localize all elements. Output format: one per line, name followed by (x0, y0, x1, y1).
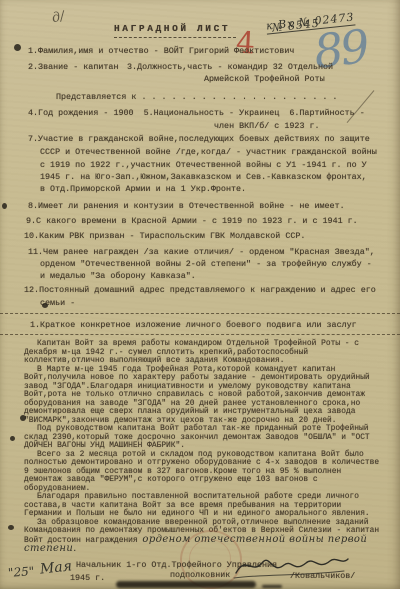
field-prior-awards-2: орденом "Отечественной войны 2-ой степен… (40, 259, 372, 269)
citation-paragraph: В Марте м-це 1945 года Трофейная Рота,ко… (24, 366, 382, 426)
field-name: 1.Фамилия,имя и отчество - ВОЙТ Григорий… (28, 46, 294, 56)
document-title: НАГРАДНОЙ ЛИСТ (114, 24, 230, 34)
field-birth-nationality-party: 4.Год рождения - 1900 5.Национальность -… (28, 108, 365, 118)
field-wounds: 8.Имеет ли ранения и контузии в Отечеств… (28, 201, 345, 211)
handwritten-day: "25" (8, 564, 35, 580)
field-position-cont: Армейской Трофейной Роты (204, 74, 325, 84)
typed-year: 1945 г. (70, 573, 105, 583)
scan-edge-smudge (262, 585, 282, 588)
margin-blot (8, 525, 14, 530)
citation-paragraph: Капитан Войт за время работы командиром … (24, 340, 382, 366)
margin-blot (2, 203, 7, 209)
field-presented-for: Представляется к . . . . . . . . . . . .… (56, 92, 337, 102)
scan-edge-smudge (116, 581, 256, 588)
pencil-corner-mark: д/ (51, 9, 66, 26)
field-home-address-1: 12.Постоянный домашний адрес представляе… (24, 285, 376, 295)
margin-blot (42, 303, 48, 308)
citation-paragraph: Под руководством капитана Войт работал т… (24, 425, 382, 451)
field-party-cont: член ВКП/б/ с 1923 г. (214, 121, 320, 131)
title-underline (114, 37, 236, 38)
paper-crease (347, 90, 375, 123)
section-heading: 1.Краткое конкретное изложение личного б… (30, 320, 357, 330)
ink-signature (232, 549, 352, 583)
separator-line (0, 334, 400, 335)
field-war-participation-5: в Отд.Приморской Армии и на 1 Укр.Фронте… (40, 184, 246, 194)
field-rank: 2.Звание - капитан (28, 62, 118, 72)
scanned-award-sheet: д/ к Вх № 02473 № 8545 НАГРАДНОЙ ЛИСТ 4 … (0, 0, 400, 589)
citation-paragraph: Всего за 2 месяца ротой и складом под ру… (24, 451, 382, 494)
ink-blot (14, 44, 21, 51)
field-war-participation-3: с 1919 по 1922 г.,участник Отечественной… (40, 160, 367, 170)
field-army-service: 9.С какого времени в Красной Армии - с 1… (26, 216, 358, 226)
field-war-participation-4: 1945 г. на Юго-Зап.,Южном,Закавказском и… (40, 172, 367, 182)
field-prior-awards-1: 11.Чем ранее награжден /за какие отличия… (28, 247, 375, 257)
field-war-participation-2: СССР и Отечественной войне /где,когда/ -… (40, 147, 377, 157)
citation-body: Капитан Войт за время работы командиром … (24, 340, 382, 555)
handwritten-month: Мая (39, 558, 72, 577)
signer-rank: подполковник (170, 570, 230, 580)
citation-paragraph: Благодаря правильно поставленной воспита… (24, 493, 382, 519)
margin-blot (10, 436, 15, 441)
field-prior-awards-3: и медалью "За оборону Кавказа". (40, 271, 196, 281)
field-war-participation-1: 7.Участие в гражданской войне,последующи… (28, 134, 370, 144)
margin-blot (20, 415, 26, 421)
separator-line (0, 313, 400, 314)
field-drafted-by: 10.Каким РВК призван - Тираспольским ГВК… (24, 231, 305, 241)
red-pencil-mark: 4 (235, 26, 256, 62)
field-position: 3.Должность,часть - командир 32 Отдельно… (127, 62, 333, 72)
